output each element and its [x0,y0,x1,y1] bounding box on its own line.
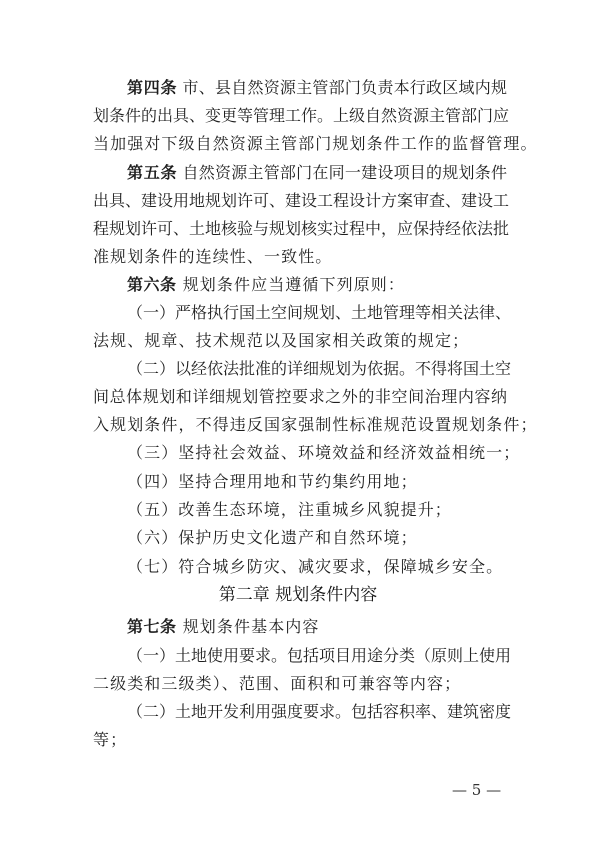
article-4-label: 第四条 [127,78,177,97]
article-6-item-4: （四）坚持合理用地和节约集约用地； [127,468,507,496]
article-7-item-2-line-2: 等； [93,726,507,754]
document-page: 第四条 市、县自然资源主管部门负责本行政区域内规 划条件的出具、变更等管理工作。… [0,0,596,842]
article-5-line-4: 准规划条件的连续性、一致性。 [93,243,507,271]
article-5-label: 第五条 [127,163,177,182]
article-6-item-2-line-3: 入规划条件，不得违反国家强制性标准规范设置规划条件； [93,411,507,439]
article-6-intro: 第六条 规划条件应当遵循下列原则： [127,271,507,299]
article-7-label: 第七条 [127,617,177,636]
article-5-line-3: 程规划许可、土地核验与规划核实过程中，应保持经依法批 [93,215,507,243]
article-6-label: 第六条 [127,275,177,294]
article-4-line-2: 划条件的出具、变更等管理工作。上级自然资源主管部门应 [93,102,507,130]
article-4-line-1: 第四条 市、县自然资源主管部门负责本行政区域内规 [127,74,507,102]
article-7-item-1-line-2: 二级类和三级类）、范围、面积和可兼容等内容； [93,670,507,698]
chapter-heading: 第二章 规划条件内容 [0,581,596,609]
page-number: — 5 — [452,778,501,802]
article-6-item-5: （五）改善生态环境，注重城乡风貌提升； [127,496,507,524]
article-6-item-6: （六）保护历史文化遗产和自然环境； [127,524,507,552]
article-6-item-2-line-1: （二）以经依法批准的详细规划为依据。不得将国土空 [127,355,507,383]
article-6-item-3: （三）坚持社会效益、环境效益和经济效益相统一； [127,439,507,467]
article-6-item-1-line-2: 法规、规章、技术规范以及国家相关政策的规定； [93,327,507,355]
article-6-item-1-line-1: （一）严格执行国土空间规划、土地管理等相关法律、 [127,299,507,327]
article-5-line-2: 出具、建设用地规划许可、建设工程设计方案审查、建设工 [93,187,507,215]
article-7-item-1-line-1: （一）土地使用要求。包括项目用途分类（原则上使用 [127,642,507,670]
article-7-item-2-line-1: （二）土地开发利用强度要求。包括容积率、建筑密度 [127,698,507,726]
article-6-item-2-line-2: 间总体规划和详细规划管控要求之外的非空间治理内容纳 [93,383,507,411]
article-4-line-3: 当加强对下级自然资源主管部门规划条件工作的监督管理。 [93,130,507,158]
article-5-line-1: 第五条 自然资源主管部门在同一建设项目的规划条件 [127,159,507,187]
article-6-item-7: （七）符合城乡防灾、减灾要求，保障城乡安全。 [127,553,507,581]
article-7-intro: 第七条 规划条件基本内容 [127,613,507,641]
